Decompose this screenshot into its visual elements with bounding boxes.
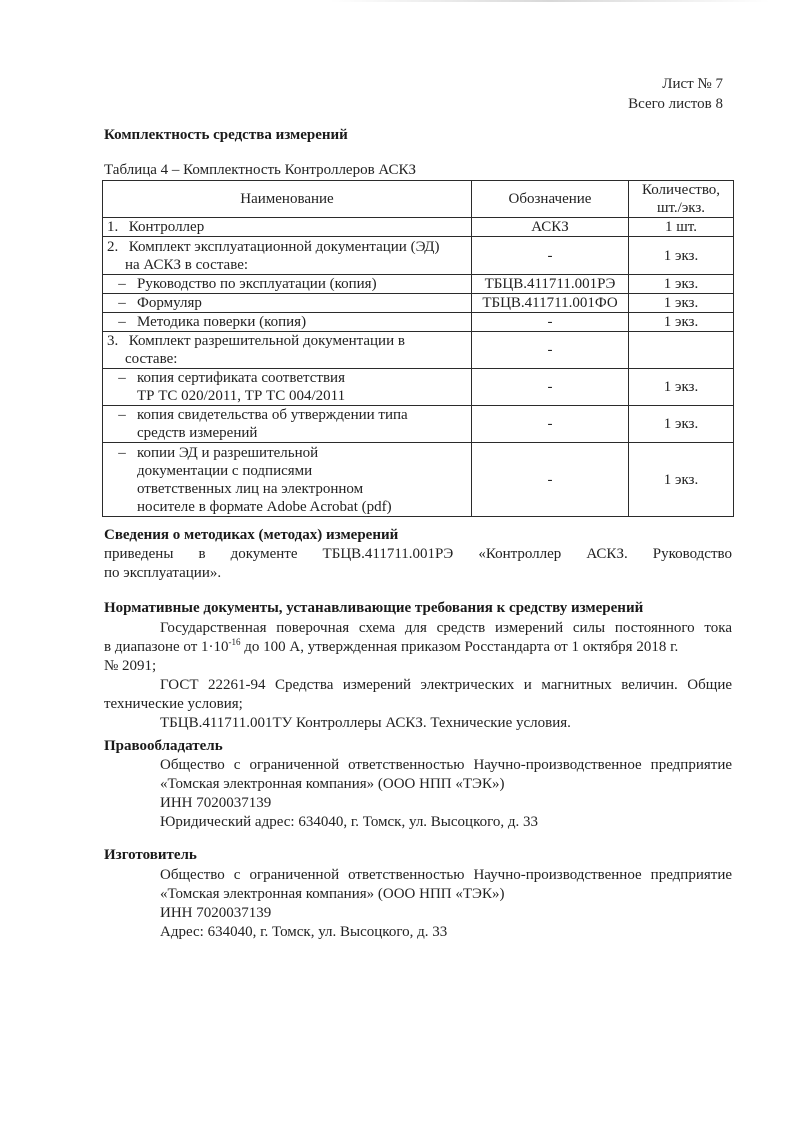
table-caption: Таблица 4 – Комплектность Контроллеров А… (104, 162, 416, 179)
table-row: 1. Контроллер АСКЗ 1 шт. (103, 218, 734, 237)
table-row: –Методика поверки (копия) - 1 экз. (103, 313, 734, 332)
table-row: –копии ЭД и разрешительнойдокументации с… (103, 443, 734, 517)
table-row: 2. Комплект эксплуатационной документаци… (103, 237, 734, 275)
total-sheets-label: Всего листов 8 (628, 94, 723, 114)
table-header-row: Наименование Обозначение Количество, шт.… (103, 181, 734, 218)
normative-p2-line-2: технические условия; (104, 695, 243, 714)
completeness-heading: Комплектность средства измерений (104, 127, 348, 144)
table-row: 3. Комплект разрешительной документации … (103, 332, 734, 369)
holder-line-2: «Томская электронная компания» (ООО НПП … (160, 775, 504, 794)
methods-line-2: по эксплуатации». (104, 564, 221, 583)
normative-p1-line-3: № 2091; (104, 657, 156, 676)
table-row: –Руководство по эксплуатации (копия) ТБЦ… (103, 275, 734, 294)
column-header-designation: Обозначение (472, 181, 629, 218)
sheet-label: Лист № 7 (628, 74, 723, 94)
scan-edge (330, 0, 770, 2)
holder-inn: ИНН 7020037139 (160, 794, 271, 813)
normative-p2-line-1: ГОСТ 22261-94 Средства измерений электри… (160, 676, 732, 695)
table-row: –Формуляр ТБЦВ.411711.001ФО 1 экз. (103, 294, 734, 313)
manufacturer-heading: Изготовитель (104, 847, 197, 864)
normative-p1-line-2: в диапазоне от 1·10-16 до 100 А, утвержд… (104, 638, 732, 657)
holder-address: Юридический адрес: 634040, г. Томск, ул.… (160, 813, 538, 832)
holder-line-1: Общество с ограниченной ответственностью… (160, 756, 732, 775)
manufacturer-address: Адрес: 634040, г. Томск, ул. Высоцкого, … (160, 923, 447, 942)
completeness-table: Наименование Обозначение Количество, шт.… (102, 180, 734, 517)
normative-p1-line-1: Государственная поверочная схема для сре… (160, 619, 732, 638)
table-row: –копия сертификата соответствияТР ТС 020… (103, 369, 734, 406)
normative-p3-line-1: ТБЦВ.411711.001ТУ Контроллеры АСКЗ. Техн… (160, 714, 571, 733)
manufacturer-inn: ИНН 7020037139 (160, 904, 271, 923)
sheet-number: Лист № 7 Всего листов 8 (628, 74, 723, 114)
table-row: –копия свидетельства об утверждении типа… (103, 406, 734, 443)
methods-line-1: приведены в документе ТБЦВ.411711.001РЭ … (104, 545, 732, 564)
column-header-name: Наименование (103, 181, 472, 218)
manufacturer-line-2: «Томская электронная компания» (ООО НПП … (160, 885, 504, 904)
holder-heading: Правообладатель (104, 738, 223, 755)
methods-heading: Сведения о методиках (методах) измерений (104, 527, 398, 544)
column-header-quantity: Количество, шт./экз. (629, 181, 734, 218)
manufacturer-line-1: Общество с ограниченной ответственностью… (160, 866, 732, 885)
normative-heading: Нормативные документы, устанавливающие т… (104, 600, 643, 617)
